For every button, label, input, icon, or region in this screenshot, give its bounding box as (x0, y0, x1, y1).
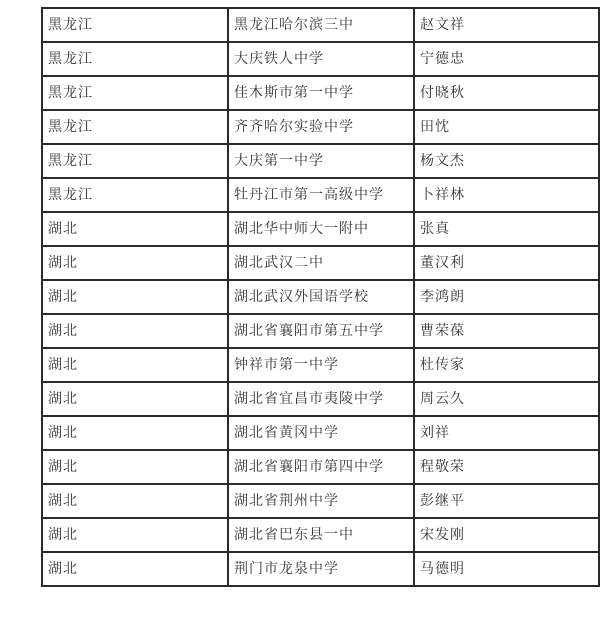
province-cell: 黑龙江 (42, 42, 228, 76)
name-cell: 杜传家 (414, 348, 599, 382)
name-cell: 周云久 (414, 382, 599, 416)
table-row: 湖北湖北省襄阳市第四中学程敬荣 (42, 450, 599, 484)
school-cell: 钟祥市第一中学 (228, 348, 414, 382)
name-cell: 付晓秋 (414, 76, 599, 110)
table-row: 湖北湖北武汉二中董汉利 (42, 246, 599, 280)
province-cell: 黑龙江 (42, 178, 228, 212)
school-cell: 湖北省黄冈中学 (228, 416, 414, 450)
table-row: 湖北湖北省黄冈中学刘祥 (42, 416, 599, 450)
name-cell: 宋发刚 (414, 518, 599, 552)
name-cell: 卜祥林 (414, 178, 599, 212)
province-cell: 黑龙江 (42, 8, 228, 42)
school-cell: 湖北省襄阳市第五中学 (228, 314, 414, 348)
name-cell: 彭继平 (414, 484, 599, 518)
school-cell: 湖北省巴东县一中 (228, 518, 414, 552)
name-cell: 田忱 (414, 110, 599, 144)
school-cell: 牡丹江市第一高级中学 (228, 178, 414, 212)
teacher-roster-table: 黑龙江黑龙江哈尔滨三中赵文祥 黑龙江大庆铁人中学宁德忠 黑龙江佳木斯市第一中学付… (41, 7, 600, 587)
school-cell: 佳木斯市第一中学 (228, 76, 414, 110)
school-cell: 齐齐哈尔实验中学 (228, 110, 414, 144)
name-cell: 马德明 (414, 552, 599, 586)
province-cell: 湖北 (42, 552, 228, 586)
province-cell: 湖北 (42, 382, 228, 416)
table-row: 黑龙江牡丹江市第一高级中学卜祥林 (42, 178, 599, 212)
table-row: 黑龙江佳木斯市第一中学付晓秋 (42, 76, 599, 110)
table-body: 黑龙江黑龙江哈尔滨三中赵文祥 黑龙江大庆铁人中学宁德忠 黑龙江佳木斯市第一中学付… (42, 8, 599, 586)
name-cell: 赵文祥 (414, 8, 599, 42)
table-row: 黑龙江齐齐哈尔实验中学田忱 (42, 110, 599, 144)
table-row: 湖北湖北省巴东县一中宋发刚 (42, 518, 599, 552)
table-row: 湖北湖北华中师大一附中张真 (42, 212, 599, 246)
table-row: 黑龙江黑龙江哈尔滨三中赵文祥 (42, 8, 599, 42)
province-cell: 湖北 (42, 348, 228, 382)
name-cell: 曹荣葆 (414, 314, 599, 348)
name-cell: 程敬荣 (414, 450, 599, 484)
school-cell: 黑龙江哈尔滨三中 (228, 8, 414, 42)
province-cell: 湖北 (42, 280, 228, 314)
province-cell: 黑龙江 (42, 144, 228, 178)
school-cell: 湖北省襄阳市第四中学 (228, 450, 414, 484)
province-cell: 湖北 (42, 484, 228, 518)
table-row: 湖北钟祥市第一中学杜传家 (42, 348, 599, 382)
school-cell: 大庆第一中学 (228, 144, 414, 178)
table-row: 湖北荆门市龙泉中学马德明 (42, 552, 599, 586)
table-row: 黑龙江大庆第一中学杨文杰 (42, 144, 599, 178)
province-cell: 湖北 (42, 212, 228, 246)
table-row: 湖北湖北武汉外国语学校李鸿朗 (42, 280, 599, 314)
name-cell: 刘祥 (414, 416, 599, 450)
name-cell: 杨文杰 (414, 144, 599, 178)
name-cell: 李鸿朗 (414, 280, 599, 314)
province-cell: 湖北 (42, 518, 228, 552)
school-cell: 荆门市龙泉中学 (228, 552, 414, 586)
name-cell: 董汉利 (414, 246, 599, 280)
name-cell: 宁德忠 (414, 42, 599, 76)
school-cell: 湖北省宜昌市夷陵中学 (228, 382, 414, 416)
school-cell: 湖北武汉二中 (228, 246, 414, 280)
province-cell: 黑龙江 (42, 76, 228, 110)
school-cell: 湖北省荆州中学 (228, 484, 414, 518)
province-cell: 湖北 (42, 450, 228, 484)
table-row: 湖北湖北省荆州中学彭继平 (42, 484, 599, 518)
school-cell: 湖北华中师大一附中 (228, 212, 414, 246)
school-cell: 湖北武汉外国语学校 (228, 280, 414, 314)
province-cell: 湖北 (42, 416, 228, 450)
table-row: 黑龙江大庆铁人中学宁德忠 (42, 42, 599, 76)
name-cell: 张真 (414, 212, 599, 246)
province-cell: 湖北 (42, 246, 228, 280)
province-cell: 黑龙江 (42, 110, 228, 144)
school-cell: 大庆铁人中学 (228, 42, 414, 76)
province-cell: 湖北 (42, 314, 228, 348)
table-row: 湖北湖北省襄阳市第五中学曹荣葆 (42, 314, 599, 348)
table-row: 湖北湖北省宜昌市夷陵中学周云久 (42, 382, 599, 416)
